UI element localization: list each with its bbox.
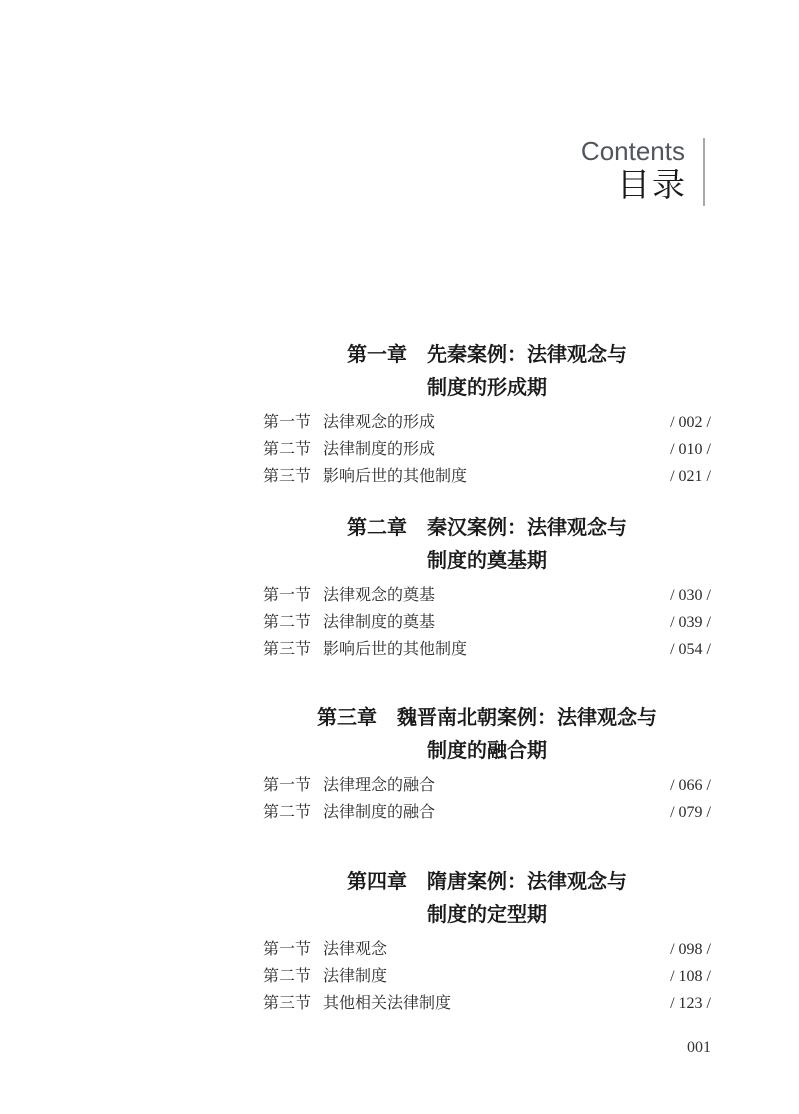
section-label: 第一节 <box>263 772 311 799</box>
section-title: 影响后世的其他制度 <box>323 463 670 490</box>
chapter-4: 第四章 隋唐案例：法律观念与 制度的定型期 第一节 法律观念 / 098 / 第… <box>263 866 711 1017</box>
section-title: 法律制度的奠基 <box>323 609 670 636</box>
section-title: 法律制度 <box>323 963 670 990</box>
section-page-number: / 039 / <box>670 609 711 636</box>
toc-entry: 第三节 影响后世的其他制度 / 054 / <box>263 636 711 663</box>
chapter-3-title: 第三章 魏晋南北朝案例：法律观念与 制度的融合期 <box>263 702 711 768</box>
section-page-number: / 066 / <box>670 772 711 799</box>
section-label: 第二节 <box>263 436 311 463</box>
toc-entry: 第一节 法律观念的奠基 / 030 / <box>263 582 711 609</box>
toc-header: Contents 目录 <box>581 136 705 206</box>
section-page-number: / 002 / <box>670 409 711 436</box>
section-label: 第一节 <box>263 409 311 436</box>
chapter-3: 第三章 魏晋南北朝案例：法律观念与 制度的融合期 第一节 法律理念的融合 / 0… <box>263 702 711 826</box>
section-label: 第一节 <box>263 936 311 963</box>
page-number: 001 <box>687 1040 711 1056</box>
toc-entry: 第一节 法律理念的融合 / 066 / <box>263 772 711 799</box>
toc-header-text: Contents 目录 <box>581 136 703 204</box>
toc-entry: 第二节 法律制度的奠基 / 039 / <box>263 609 711 636</box>
toc-content: 第一章 先秦案例：法律观念与 制度的形成期 第一节 法律观念的形成 / 002 … <box>263 339 711 1017</box>
toc-entry: 第三节 其他相关法律制度 / 123 / <box>263 990 711 1017</box>
contents-title-en: Contents <box>581 136 685 166</box>
section-title: 法律理念的融合 <box>323 772 670 799</box>
chapter-3-title-line1: 第三章 魏晋南北朝案例：法律观念与 <box>263 702 711 735</box>
section-label: 第二节 <box>263 963 311 990</box>
toc-entry: 第三节 影响后世的其他制度 / 021 / <box>263 463 711 490</box>
section-page-number: / 021 / <box>670 463 711 490</box>
chapter-2-sections: 第一节 法律观念的奠基 / 030 / 第二节 法律制度的奠基 / 039 / … <box>263 582 711 663</box>
toc-entry: 第二节 法律制度的形成 / 010 / <box>263 436 711 463</box>
section-title: 法律观念的奠基 <box>323 582 670 609</box>
section-page-number: / 079 / <box>670 799 711 826</box>
section-label: 第二节 <box>263 609 311 636</box>
toc-page: Contents 目录 第一章 先秦案例：法律观念与 制度的形成期 第一节 法律… <box>0 0 799 1114</box>
chapter-2-title: 第二章 秦汉案例：法律观念与 制度的奠基期 <box>263 512 711 578</box>
chapter-2-title-line1: 第二章 秦汉案例：法律观念与 <box>263 512 711 545</box>
chapter-1-title-line2: 制度的形成期 <box>263 372 711 405</box>
header-vertical-rule <box>703 138 705 206</box>
chapter-4-title-line2: 制度的定型期 <box>263 899 711 932</box>
chapter-3-title-line2: 制度的融合期 <box>263 735 711 768</box>
chapter-1-sections: 第一节 法律观念的形成 / 002 / 第二节 法律制度的形成 / 010 / … <box>263 409 711 490</box>
section-page-number: / 030 / <box>670 582 711 609</box>
section-title: 法律观念的形成 <box>323 409 670 436</box>
chapter-4-sections: 第一节 法律观念 / 098 / 第二节 法律制度 / 108 / 第三节 其他… <box>263 936 711 1017</box>
chapter-1-title: 第一章 先秦案例：法律观念与 制度的形成期 <box>263 339 711 405</box>
section-page-number: / 123 / <box>670 990 711 1017</box>
section-page-number: / 010 / <box>670 436 711 463</box>
toc-entry: 第一节 法律观念 / 098 / <box>263 936 711 963</box>
section-title: 影响后世的其他制度 <box>323 636 670 663</box>
contents-title-zh: 目录 <box>581 166 687 204</box>
section-label: 第三节 <box>263 463 311 490</box>
section-title: 法律观念 <box>323 936 670 963</box>
section-title: 其他相关法律制度 <box>323 990 670 1017</box>
section-label: 第一节 <box>263 582 311 609</box>
section-label: 第二节 <box>263 799 311 826</box>
section-label: 第三节 <box>263 990 311 1017</box>
section-page-number: / 054 / <box>670 636 711 663</box>
section-title: 法律制度的融合 <box>323 799 670 826</box>
toc-entry: 第二节 法律制度 / 108 / <box>263 963 711 990</box>
chapter-2: 第二章 秦汉案例：法律观念与 制度的奠基期 第一节 法律观念的奠基 / 030 … <box>263 512 711 663</box>
chapter-1: 第一章 先秦案例：法律观念与 制度的形成期 第一节 法律观念的形成 / 002 … <box>263 339 711 490</box>
chapter-1-title-line1: 第一章 先秦案例：法律观念与 <box>263 339 711 372</box>
toc-entry: 第一节 法律观念的形成 / 002 / <box>263 409 711 436</box>
section-page-number: / 098 / <box>670 936 711 963</box>
section-label: 第三节 <box>263 636 311 663</box>
chapter-2-title-line2: 制度的奠基期 <box>263 545 711 578</box>
section-title: 法律制度的形成 <box>323 436 670 463</box>
section-page-number: / 108 / <box>670 963 711 990</box>
chapter-3-sections: 第一节 法律理念的融合 / 066 / 第二节 法律制度的融合 / 079 / <box>263 772 711 826</box>
chapter-4-title: 第四章 隋唐案例：法律观念与 制度的定型期 <box>263 866 711 932</box>
chapter-4-title-line1: 第四章 隋唐案例：法律观念与 <box>263 866 711 899</box>
toc-entry: 第二节 法律制度的融合 / 079 / <box>263 799 711 826</box>
